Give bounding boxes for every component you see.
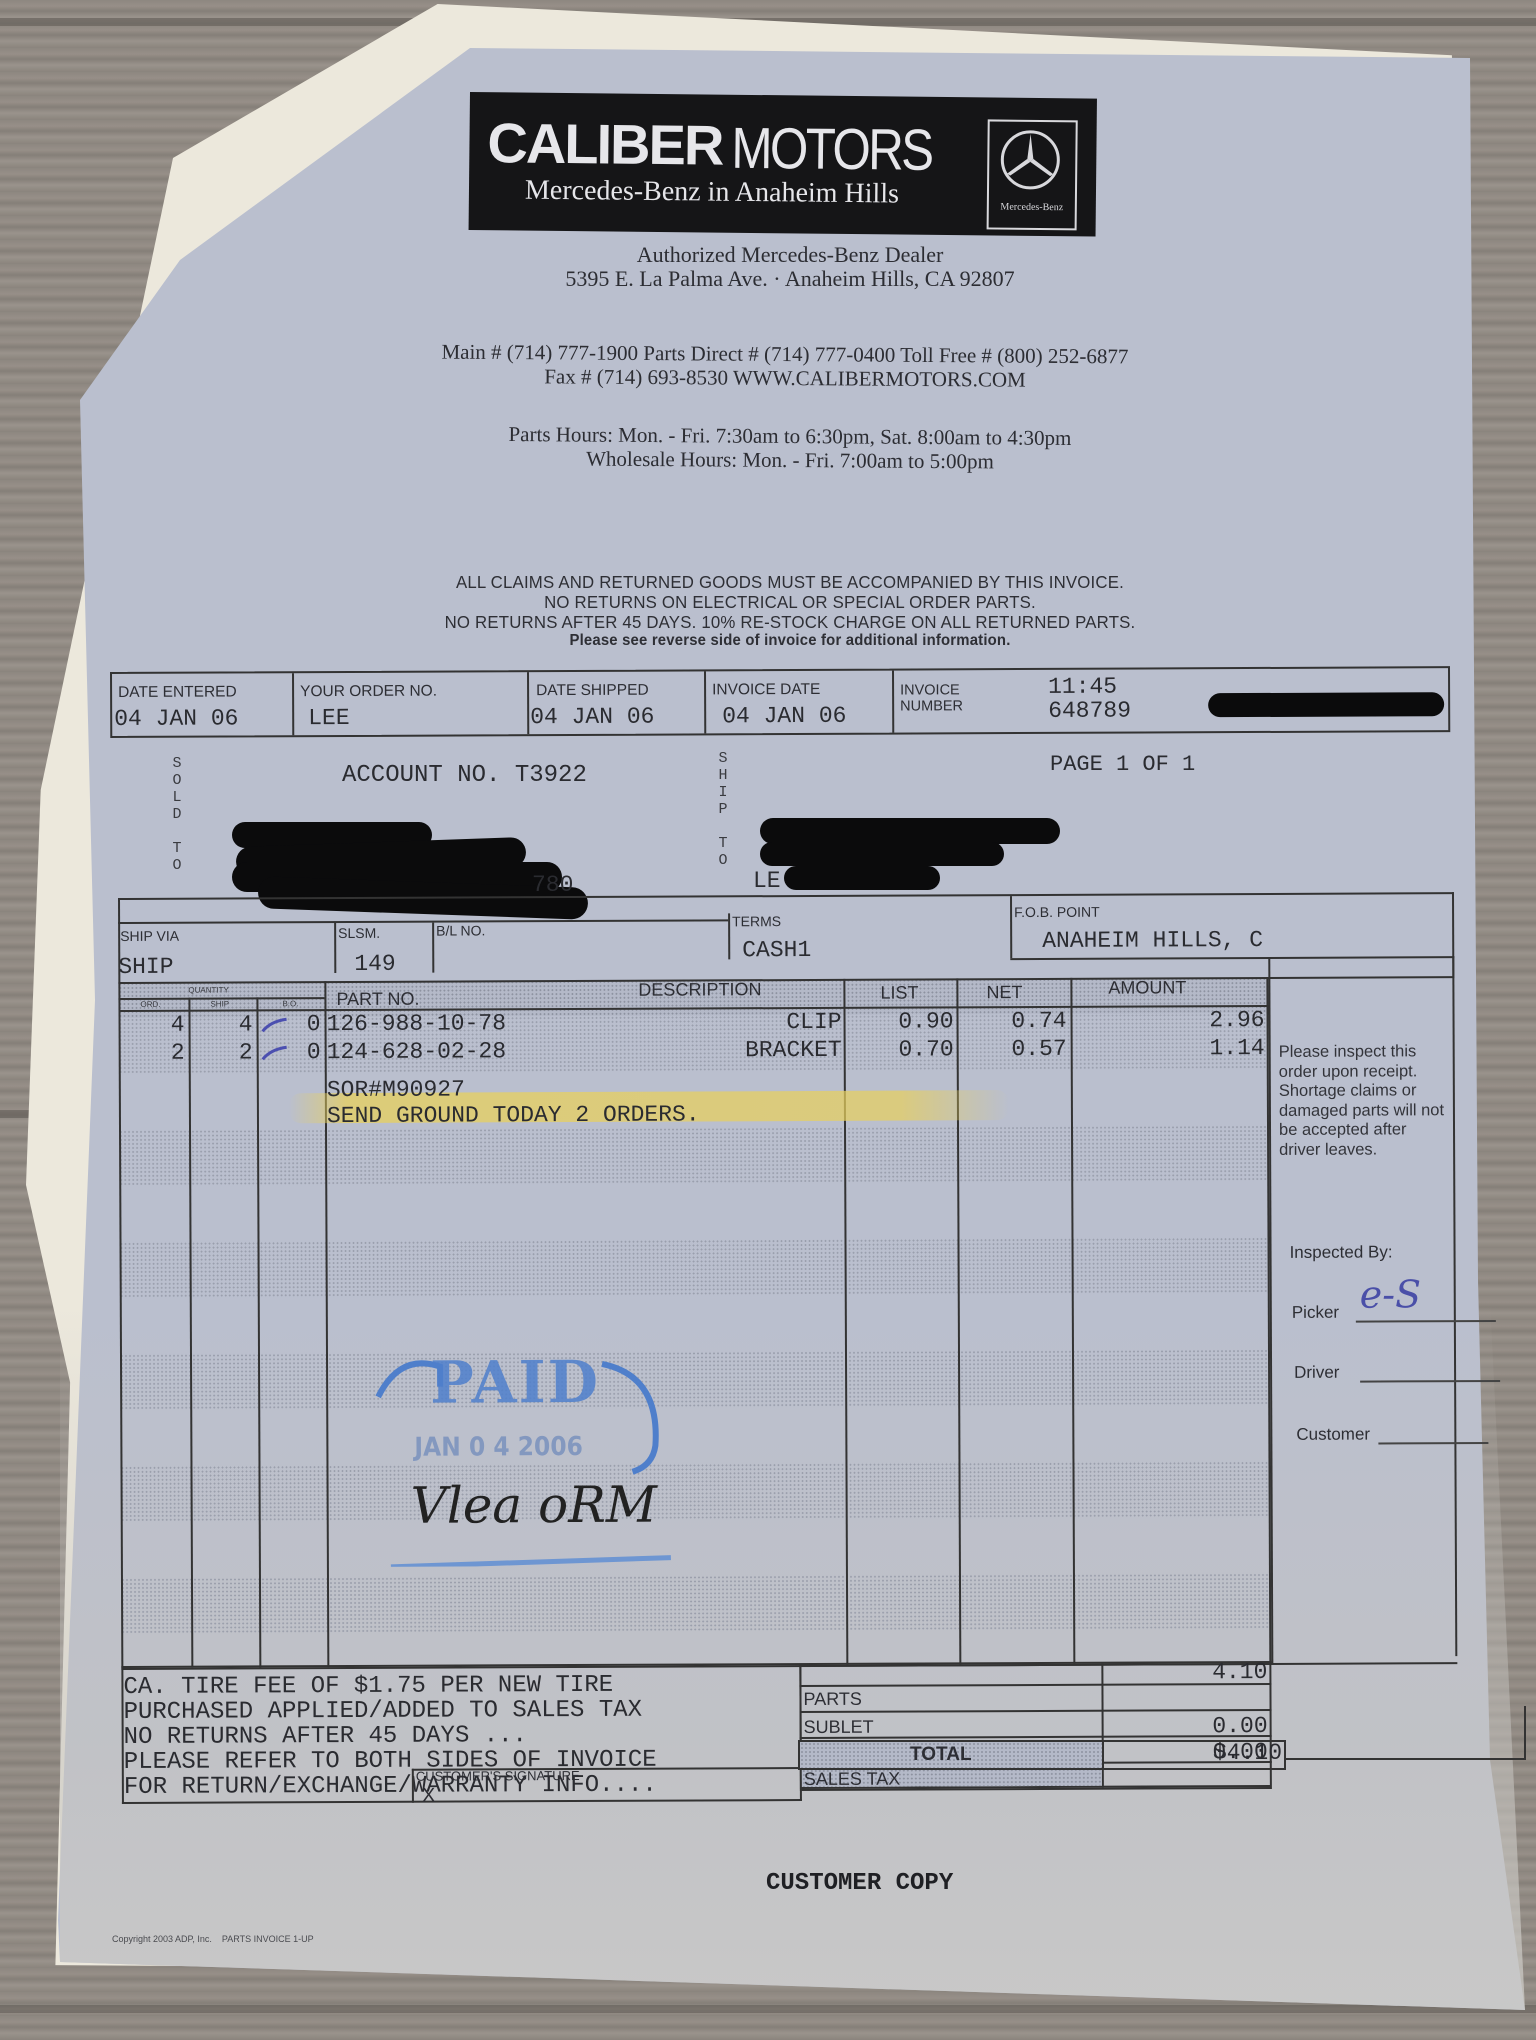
mercedes-logo-label: Mercedes-Benz [989, 201, 1075, 213]
invoice-time: 11:45 [1048, 674, 1117, 700]
footer-note-line: PURCHASED APPLIED/ADDED TO SALES TAX [123, 1697, 642, 1726]
order-no-label: YOUR ORDER NO. [300, 683, 437, 702]
notice-no-returns-electrical: NO RETURNS ON ELECTRICAL OR SPECIAL ORDE… [406, 592, 1174, 613]
row-part-no: 126-988-10-78 [326, 1010, 506, 1037]
date-entered-label: DATE ENTERED [118, 683, 237, 702]
address-line: 5395 E. La Palma Ave. · Anaheim Hills, C… [480, 266, 1100, 292]
copy-label: CUSTOMER COPY [766, 1870, 953, 1897]
stamp-date: JAN 0 4 2006 [414, 1432, 583, 1463]
shipping-handling-value: 0.00 [1106, 1713, 1268, 1740]
paid-stamp: PAID JAN 0 4 2006 Vlea oRM [370, 1336, 691, 1567]
customer-label: Customer [1296, 1425, 1370, 1445]
row-description: BRACKET [639, 1037, 842, 1064]
col-description: DESCRIPTION [638, 979, 761, 1001]
fob-label: F.O.B. POINT [1014, 904, 1100, 920]
notice-claims: ALL CLAIMS AND RETURNED GOODS MUST BE AC… [406, 572, 1174, 593]
date-entered-value: 04 JAN 06 [114, 705, 238, 732]
row-amount: 2.96 [1072, 1007, 1264, 1034]
ship-to-partial: LE [753, 868, 781, 894]
fax-website-line: Fax # (714) 693-8530 WWW.CALIBERMOTORS.C… [370, 363, 1200, 394]
inspection-notice: Please inspect this order upon receipt. … [1279, 1042, 1450, 1160]
total-value: $4.10 [1106, 1740, 1282, 1766]
row-net: 0.57 [959, 1036, 1067, 1062]
salesman-value: 149 [354, 951, 396, 977]
row-list: 0.70 [846, 1036, 954, 1062]
picker-label: Picker [1292, 1303, 1339, 1323]
stamp-signature: Vlea oRM [411, 1476, 658, 1535]
redacted-phone [1208, 692, 1444, 717]
invoice-number-label-2: NUMBER [900, 698, 963, 714]
col-part-no: PART NO. [336, 989, 419, 1010]
totals-right-margin [1286, 1706, 1526, 1760]
row-amount: 1.14 [1073, 1035, 1265, 1062]
dealer-line: Authorized Mercedes-Benz Dealer [480, 242, 1100, 268]
brand-light: MOTORS [731, 115, 932, 184]
three-pointed-star-icon [998, 128, 1063, 193]
row-ord: 2 [119, 1040, 185, 1066]
parts-label: PARTS [803, 1689, 861, 1710]
col-ship: SHIP [210, 1000, 229, 1009]
redacted-ship-line-2 [760, 842, 1004, 866]
sold-to-partial-zip: 780 [532, 872, 573, 898]
invoice-date-label: INVOICE DATE [712, 681, 820, 699]
notice-reverse-side: Please see reverse side of invoice for a… [406, 632, 1174, 650]
date-shipped-value: 04 JAN 06 [530, 704, 654, 731]
note-shipping: SEND GROUND TODAY 2 ORDERS. [327, 1101, 700, 1129]
dealer-logo-banner: CALIBER MOTORS Mercedes-Benz in Anaheim … [469, 92, 1097, 237]
sales-tax-label: SALES TAX [804, 1769, 900, 1790]
invoice-form: SHIP VIA SHIP SLSM. 149 B/L NO. TERMS CA… [118, 892, 1458, 1804]
invoice-number-label-1: INVOICE [900, 682, 960, 698]
terms-label: TERMS [732, 913, 781, 929]
quantity-label: QUANTITY [188, 986, 228, 995]
invoice-document: CALIBER MOTORS Mercedes-Benz in Anaheim … [0, 0, 1536, 2040]
parts-value: 4.10 [1105, 1659, 1267, 1686]
invoice-date-value: 04 JAN 06 [722, 703, 846, 730]
row-net: 0.74 [958, 1008, 1066, 1034]
redacted-ship-line-3 [784, 866, 940, 890]
sublet-label: SUBLET [804, 1717, 874, 1738]
pen-check-icon [261, 1043, 291, 1063]
pen-check-icon [261, 1015, 291, 1035]
form-footer: Copyright 2003 ADP, Inc. PARTS INVOICE 1… [112, 1934, 314, 1944]
redacted-ship-line-1 [760, 818, 1060, 844]
mercedes-logo-box: Mercedes-Benz [987, 119, 1078, 230]
row-list: 0.90 [845, 1008, 953, 1034]
invoice-info-row: DATE ENTERED 04 JAN 06 YOUR ORDER NO. LE… [110, 666, 1450, 738]
brand-bold: CALIBER [487, 110, 723, 177]
sold-to-vertical-label: SOLDTO [170, 755, 184, 874]
total-label: TOTAL [910, 1744, 972, 1766]
row-part-no: 124-628-02-28 [327, 1038, 507, 1065]
col-ord: ORD. [140, 1000, 160, 1009]
row-ship: 4 [188, 1011, 252, 1037]
col-amount: AMOUNT [1108, 977, 1186, 998]
items-table [118, 977, 1271, 1668]
customer-signature-label: CUSTOMER'S SIGNATURE [416, 1768, 580, 1784]
page-indicator: PAGE 1 OF 1 [1050, 752, 1195, 777]
driver-signature-line[interactable] [1360, 1380, 1500, 1382]
wholesale-hours: Wholesale Hours: Mon. - Fri. 7:00am to 5… [400, 445, 1180, 475]
ship-via-value: SHIP [118, 954, 173, 980]
total-row: TOTAL $4.10 [798, 1740, 1286, 1770]
ship-to-vertical-label: SHIPTO [716, 750, 730, 869]
row-ord: 4 [118, 1012, 184, 1038]
inspected-by-label: Inspected By: [1290, 1242, 1393, 1262]
customer-signature-line[interactable] [1378, 1442, 1488, 1444]
order-no-value: LEE [308, 705, 350, 731]
invoice-number-value: 648789 [1048, 698, 1131, 724]
row-description: CLIP [638, 1009, 841, 1036]
col-net: NET [986, 982, 1022, 1003]
ship-via-label: SHIP VIA [120, 928, 179, 944]
signature-x-mark: X [422, 1785, 435, 1808]
terms-value: CASH1 [742, 937, 811, 963]
row-ship: 2 [189, 1039, 253, 1065]
fob-value: ANAHEIM HILLS, C [1042, 927, 1263, 954]
driver-label: Driver [1294, 1363, 1339, 1383]
col-bo: B.O. [282, 999, 298, 1008]
stamp-text: PAID [430, 1348, 600, 1417]
account-number: ACCOUNT NO. T3922 [342, 762, 587, 789]
col-list: LIST [880, 983, 918, 1004]
brand-subtitle: Mercedes-Benz in Anaheim Hills [525, 175, 899, 211]
date-shipped-label: DATE SHIPPED [536, 682, 649, 700]
note-sor: SOR#M90927 [327, 1076, 465, 1103]
picker-signature-line [1356, 1320, 1496, 1322]
salesman-label: SLSM. [338, 925, 380, 941]
bl-no-label: B/L NO. [436, 922, 485, 938]
notice-restock: NO RETURNS AFTER 45 DAYS. 10% RE-STOCK C… [406, 612, 1174, 633]
picker-initials: e-S [1360, 1272, 1422, 1316]
